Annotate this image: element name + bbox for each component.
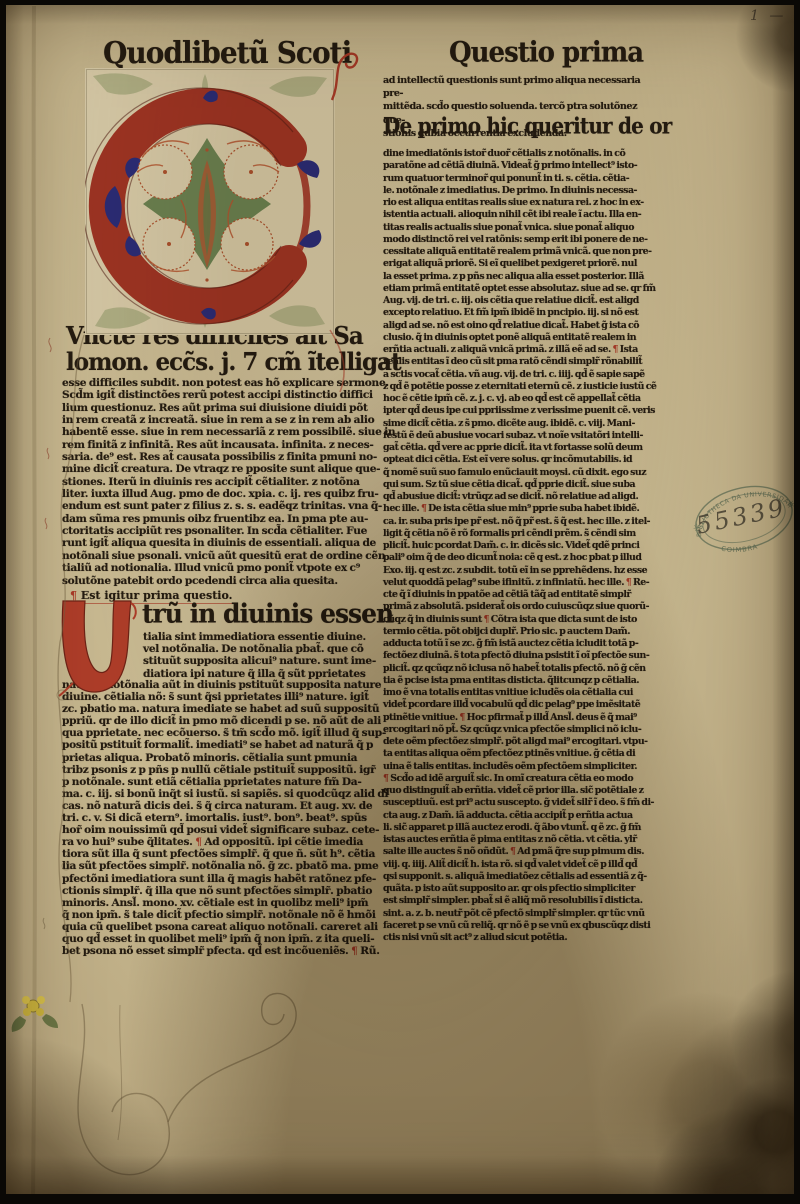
left-column-text-2: nature. notõnalia aũt in diuinis pstituũ…	[62, 679, 400, 957]
lombard-initial-V	[57, 597, 139, 699]
scan-edge-bottom	[0, 1194, 800, 1204]
illuminated-initial-C	[85, 68, 335, 335]
margin-scribbles	[45, 338, 51, 529]
running-title-left: Quodlibetũ Scoti	[103, 35, 351, 71]
bottom-flourish-1	[78, 1004, 169, 1175]
scan-edge-left	[0, 0, 6, 1204]
folio-number: 1 —	[750, 8, 786, 24]
bottom-flourish-3	[118, 1005, 122, 1140]
marginal-flower	[12, 996, 58, 1032]
library-stamp: BIBLIOTHECA DA UNIVERSIDADE COIMBRA ✳ ✳ …	[684, 468, 800, 568]
scan-edge-right	[794, 0, 800, 1204]
manuscript-page: 1 — Quodlibetũ Scoti Questio prima Vncte…	[0, 0, 800, 1204]
section-heading: De primo hic queritur de or	[383, 113, 672, 139]
bottom-flourish-2	[168, 993, 296, 1122]
left-column-text-1: esse difficiles subdit. non potest eas h…	[62, 377, 400, 587]
initial-interior-foliage	[137, 138, 279, 282]
question-incipit-large: trũ in diuinis essen	[142, 598, 393, 628]
margin-scribble-2	[43, 918, 45, 929]
left-column-text-2-indent: tialia sint immediatiora essentie diuine…	[143, 631, 399, 680]
page-crease	[33, 6, 35, 1198]
running-title-right: Questio prima	[449, 37, 643, 69]
scan-edge-top	[0, 0, 800, 5]
right-column-text: dine imediatõnis istor̃ duor̃ cẽtialis z…	[383, 148, 659, 944]
